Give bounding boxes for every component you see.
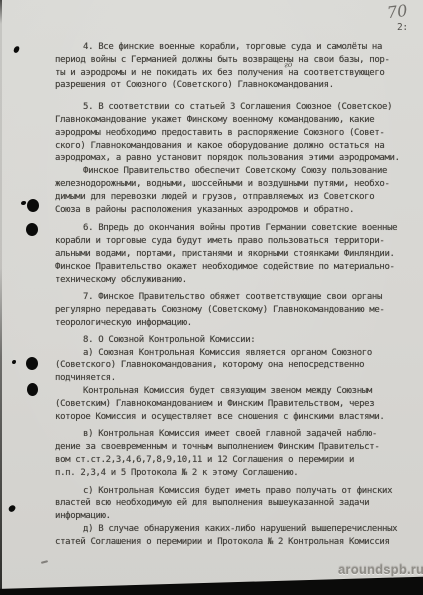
paragraph: в) Контрольная Комиссия имеет своей глав…: [55, 428, 415, 479]
ink-blot: [13, 45, 20, 53]
text-line: властей всю необходимую ей для выполнени…: [55, 497, 415, 510]
site-watermark: aroundspb.ru: [338, 562, 423, 577]
paragraph: 8. О Союзной Контрольной Комиссии:: [55, 334, 415, 347]
text-line: вом ст.ст.2,3,4,6,7,8,9,10,11 и 12 Согла…: [55, 454, 415, 467]
text-line: 7. Финское Правительство обяжет соответс…: [55, 291, 415, 304]
ink-blot: [21, 201, 26, 205]
text-line: аэродромах, а равно установит порядок по…: [55, 152, 415, 165]
text-line: Союза в районы расположения указанных аэ…: [55, 204, 415, 217]
paragraph: д) В случае обнаружения каких-либо наруш…: [55, 523, 415, 549]
text-line: ского) Главнокомандования и какое оборуд…: [55, 140, 415, 153]
text-line: корабли и торговые суда будут иметь прав…: [55, 235, 415, 248]
text-line: теорологическую информацию.: [55, 317, 415, 330]
text-line: которое Комиссия и осуществляет все снош…: [55, 411, 415, 424]
ink-blot: [27, 383, 38, 396]
text-line: аэродромы необходимо предоставить в расп…: [55, 127, 415, 140]
text-line: (Советским) Главнокомандованием и Фински…: [55, 398, 415, 411]
text-line: в) Контрольная Комиссия имеет своей глав…: [55, 428, 415, 441]
scanned-document-page: 70 2: 4. Все финские военные корабли, то…: [0, 0, 423, 595]
paragraph: 4. Все финские военные корабли, торговые…: [55, 41, 415, 92]
text-line: 8. О Союзной Контрольной Комиссии:: [55, 334, 415, 347]
paragraph: 6. Впредь до окончания войны против Герм…: [55, 222, 415, 286]
text-line: Финское Правительство окажет необходимое…: [55, 261, 415, 274]
text-line: подчиняется.: [55, 372, 415, 385]
text-line: регулярно передавать Союзному (Советском…: [55, 304, 415, 317]
ink-blot: [27, 199, 39, 212]
pencil-mark: [41, 560, 48, 564]
text-line: (Советского) Главнокомандования, котором…: [55, 359, 415, 372]
text-line: 6. Впредь до окончания войны против Герм…: [55, 222, 415, 235]
text-line: Главнокомандование укажет Финскому военн…: [55, 114, 415, 127]
text-line: дение за своевременным и точным выполнен…: [55, 441, 415, 454]
handwritten-insert-annotation: го: [284, 60, 293, 70]
text-line: ты и аэродромы и не покидать их без полу…: [55, 67, 415, 80]
text-line: д) В случае обнаружения каких-либо наруш…: [55, 523, 415, 536]
ink-blot: [12, 360, 16, 364]
text-line: железнодорожными, водными, шоссейными и …: [55, 178, 415, 191]
handwritten-archive-number: 70: [386, 1, 409, 22]
text-line: 4. Все финские военные корабли, торговые…: [55, 41, 415, 54]
text-line: период войны с Германией должны быть воз…: [55, 54, 415, 67]
text-line: а) Союзная Контрольная Комиссия является…: [55, 347, 415, 360]
text-line: п.п. 2,3,4 и 5 Протокола № 2 к этому Сог…: [55, 467, 415, 480]
text-line: техническому обслуживанию.: [55, 274, 415, 287]
paragraph: с) Контрольная Комиссия будет иметь прав…: [55, 485, 415, 523]
text-line: статей Соглашения о перемирии и Протокол…: [55, 536, 415, 549]
text-line: информацию.: [55, 510, 415, 523]
scan-edge-left: [0, 0, 2, 595]
text-line: Финское Правительство обеспечит Советско…: [55, 165, 415, 178]
ink-blot: [26, 223, 38, 236]
text-line: альными водами, портами, пристанями и як…: [55, 248, 415, 261]
paragraph: 7. Финское Правительство обяжет соответс…: [55, 291, 415, 329]
text-line: разрешения от Союзного (Советского) Глав…: [55, 79, 415, 92]
text-line: с) Контрольная Комиссия будет иметь прав…: [55, 485, 415, 498]
ink-blot: [8, 504, 17, 513]
paragraph: а) Союзная Контрольная Комиссия является…: [55, 347, 415, 385]
text-line: 5. В соответствии со статьей 3 Соглашени…: [55, 101, 415, 114]
text-line: Контрольная Комиссия будет связующим зве…: [55, 385, 415, 398]
ink-blot: [26, 357, 38, 370]
text-line: димыми для перевозки людей и грузов, отп…: [55, 191, 415, 204]
document-body: 4. Все финские военные корабли, торговые…: [55, 41, 415, 548]
page-number: 2:: [397, 22, 408, 33]
paragraph: Контрольная Комиссия будет связующим зве…: [55, 385, 415, 423]
paragraph: 5. В соответствии со статьей 3 Соглашени…: [55, 101, 415, 165]
paragraph: Финское Правительство обеспечит Советско…: [55, 165, 415, 216]
scan-edge-bottom: [0, 574, 423, 595]
